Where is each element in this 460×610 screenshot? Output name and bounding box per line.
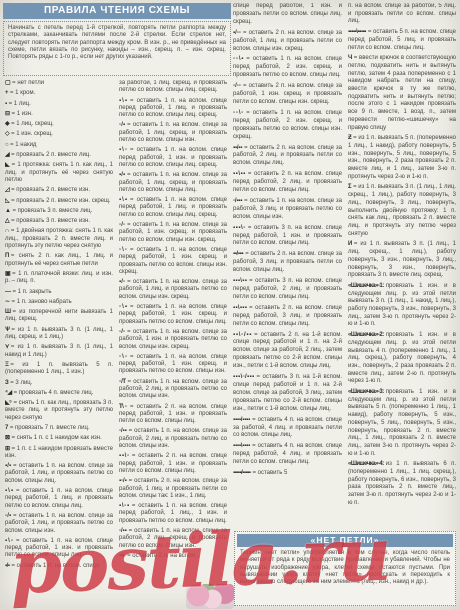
legend-item-text: = 1 двойная протяжка: снять 1 п. как лиц… <box>5 228 113 249</box>
legend-item: ▪\▪= оставить 1 п. на вспом. спице перед… <box>119 197 227 219</box>
stitch-symbol: ▪▪▪\▪▪ <box>233 278 247 284</box>
stitch-symbol: ▪\▪ <box>119 98 128 104</box>
stitch-symbol: Ѱ <box>5 327 9 333</box>
stitch-symbol: ◣⁵ <box>5 400 11 406</box>
legend-item: ▫/▫▫= оставить 2 п. на вспом. спице за р… <box>233 83 342 107</box>
stitch-symbol: ▪\▫ <box>119 147 128 153</box>
legend-item-text: = оставить 2 п. на вспом. спице перед ра… <box>119 453 227 474</box>
stitch-symbol: ▪\▫▪ <box>119 503 130 509</box>
intro-box: Начинать с петель перед 1-й стрелкой, по… <box>3 21 231 76</box>
legend-item: ▪▪▪\▫/▪▪▪= оставить 3 п. на 1-й вспом. с… <box>233 374 342 414</box>
legend-item: Ш= из поперечной нити вывязать 1 лиц. ск… <box>5 309 113 324</box>
stitch-symbol: ▪\▪ <box>119 197 128 203</box>
legend-item: ▫\▪= оставить 1 п. на вспом. спице перед… <box>119 304 227 326</box>
stitch-symbol: ▪▪▪▪\▪▪▪▪ <box>233 443 250 449</box>
legend-item: ◇= 1 изн. скрещ. <box>5 131 113 138</box>
stitch-symbol: П <box>5 253 9 259</box>
legend-item-text: = оставить 1 п. на вспом. спице перед ра… <box>119 197 227 218</box>
legend-item: ▪/▪= оставить 1 п. на вспом. спице <box>5 563 113 570</box>
stitch-symbol: «Шишечка»-4: <box>348 461 384 467</box>
stitch-symbol: + <box>5 90 8 96</box>
stitch-symbol: ▪▪\▫ <box>119 553 125 559</box>
legend-item: ▫/▫= оставить 1 п. на вспом. спице за ра… <box>119 329 227 351</box>
legend-item: ▪▪▪▪/▪▪▪▪= оставить 4 п. на вспом. спице… <box>233 417 342 441</box>
legend-item: ▫/▪= оставить 1 п. на вспом. спице за ра… <box>119 122 227 144</box>
stitch-symbol: ⊠ <box>5 435 10 441</box>
stitch-symbol: ⁴◢ <box>5 390 12 396</box>
legend-item: ▫▫\▫= оставить 1 п. на вспом. спице пере… <box>233 110 342 142</box>
legend-item: Ч= ввести крючок в соответствующую петлю… <box>348 55 456 132</box>
stitch-symbol: ◺ <box>5 198 9 204</box>
legend-item-text: = оставить 1 п. на вспом. спице за работ… <box>119 528 227 549</box>
legend-column-3: спице перед работой, 1 изн. и провязать … <box>233 3 342 528</box>
legend-item-text: = 1 п. заново набрать <box>12 299 72 305</box>
stitch-symbol: ▪/▫▫ <box>233 30 241 36</box>
legend-item-text: = оставить 2 п. на вспом. спице за работ… <box>233 30 342 52</box>
stitch-symbol: З <box>5 380 8 386</box>
legend-item-text: провязать 1 изн. и в следующем лиц. р. и… <box>348 283 456 328</box>
legend-item-text: = 1 изн. <box>12 111 33 117</box>
stitch-symbol: ▪▪\▫ <box>119 453 130 459</box>
legend-item: ▪▪\▪▪▪= оставить 2 п. на вспом. спице пе… <box>233 305 342 329</box>
legend-item: И= из 1 п. вывязать 3 п. (1 лиц., 1 лиц.… <box>348 241 456 280</box>
legend-item: ▪/▫= оставить 1 п. на вспом. спице за ра… <box>119 279 227 301</box>
legend-item: ▪▪▪▪\▪▪▪▪= оставить 4 п. на вспом. спице… <box>233 443 342 467</box>
legend-item: ▪\▫= оставить 1 п. на вспом. спице перед… <box>119 147 227 169</box>
stitch-symbol: «Шишечка»-2: <box>348 332 384 338</box>
stitch-symbol: ▪▪\▪▪▪ <box>233 305 247 311</box>
legend-item: ▫\▫= оставить 1 п. на вспом. спице перед… <box>119 354 227 376</box>
legend-item: ⊠= снять 1 п. с 1 накидом как изн. <box>5 435 113 442</box>
stitch-symbol: ▫/▫ <box>119 222 125 228</box>
legend-column-4: п. на вспом. спице за работой, 5 лиц. и … <box>348 3 456 528</box>
legend-item: ▪▪▪▪▪/▪▪▪▪▪= оставить 5 <box>233 470 342 478</box>
stitch-symbol: ∩ <box>5 228 9 234</box>
legend-item: Ѱ= из 1 п. вывязать 3 п. (1 лиц., 1 лиц.… <box>5 327 113 342</box>
legend-item-text: = из 1 п. вывязать 3 п. (1 лиц., 1 лиц. … <box>5 327 113 340</box>
stitch-symbol: ▪/▫ <box>119 279 125 285</box>
legend-item: 7= провязать 7 п. вместе лиц. <box>5 425 113 432</box>
stitch-symbol: ▫\▪ <box>119 304 128 310</box>
legend-item: ▪/▫▫= оставить 2 п. на вспом. спице за р… <box>233 30 342 54</box>
stitch-symbol: ◿ <box>5 187 9 193</box>
legend-item-text: за работой, 1 лиц. скрещ. и провязать пе… <box>119 80 227 93</box>
stitch-symbol: Σ <box>348 184 351 190</box>
legend-item-text: = провязать 2 п. вместе лиц. <box>11 152 91 158</box>
legend-column-2: за работой, 1 лиц. скрещ. и провязать пе… <box>119 80 227 607</box>
legend-item: ▪▪\▪▪= оставить 2 п. на вспом. спице пер… <box>233 171 342 195</box>
legend-item: Т\▫= оставить 2 п. на вспом. спице перед… <box>119 404 227 426</box>
legend-item-text: = оставить 1 п. на вспом. спице за работ… <box>233 198 342 220</box>
legend-item-text: = снять 1 п. с 1 накидом как изн. <box>12 435 102 441</box>
legend-item: ▪▪\▫= оставить 2 п. на вспом. <box>119 553 227 560</box>
legend-item: ▫/▪▪= оставить 1 п. на вспом. спице за р… <box>119 528 227 550</box>
stitch-symbol: И <box>348 241 352 247</box>
legend-item-text: = оставить 2 п. на вспом. <box>127 553 197 559</box>
legend-item-text: = 1 протяжка: снять 1 п. как лиц., 1 лиц… <box>5 162 113 183</box>
legend-item: ◢= провязать 2 п. вместе лиц. <box>5 152 113 159</box>
stitch-symbol: ▪/▪ <box>5 563 9 569</box>
legend-item: ▫/▪▪= оставить 1 п. на вспом. спице за р… <box>119 428 227 450</box>
stitch-symbol: ▫/▪▪ <box>119 528 127 534</box>
legend-item-text: = снять 1 п. как лиц., провязать 3 п. вм… <box>5 400 113 421</box>
legend-item: ⁴◢= провязать 4 п. вместе лиц. <box>5 390 113 397</box>
page-title: ПРАВИЛА ЧТЕНИЯ СХЕМЫ <box>3 3 231 19</box>
stitch-symbol: ▫/▪ <box>5 513 11 519</box>
stitch-symbol: Ч <box>348 55 352 61</box>
legend-item: п. на вспом. спице за работой, 5 лиц. и … <box>348 3 456 26</box>
legend-item-text: = оставить 1 п. на вспом. спице перед ра… <box>5 538 113 559</box>
legend-item: ▪\▪= оставить 1 п. на вспом. спице перед… <box>119 98 227 120</box>
stitch-symbol: ▫/Т <box>119 379 126 385</box>
stitch-symbol: ▪▪▪\▫/▪▪▪ <box>233 374 254 380</box>
legend-item-text: = провязать 3 п. вместе лиц. <box>12 208 92 214</box>
legend-item: ◺= провязать 2 п. вместе изн. скрещ. <box>5 198 113 205</box>
legend-item-text: = оставить 1 п. на вспом. спице за работ… <box>119 222 227 243</box>
legend-item: ○= 1 накид <box>5 142 113 149</box>
legend-item-text: = оставить 1 п. на вспом. спице за работ… <box>119 379 227 400</box>
legend-item-text: = из 1 п. вывязать 3 п. (1 лиц., 1 лиц. … <box>348 241 456 278</box>
stitch-symbol: ⋎ <box>5 344 9 350</box>
legend-item-text: = оставить 1 п. на вспом. спице за работ… <box>119 122 227 143</box>
stitch-symbol: ▲ <box>5 208 10 214</box>
legend-item-text: = оставить 1 п. на вспом. спице перед ра… <box>233 56 342 78</box>
legend-item-text: = 1 накид <box>10 142 36 148</box>
stitch-symbol: ◆ <box>5 121 9 127</box>
legend-item: ▪= 1 лиц. <box>5 101 113 108</box>
legend-item: Ξ= из 1 п. вывязать 5 п. (попеременно 1 … <box>5 362 113 377</box>
legend-item: ⊞= 1 п. с 1 накидом провязать вместе изн… <box>5 446 113 461</box>
legend-item: за работой, 1 лиц. скрещ. и провязать пе… <box>119 80 227 95</box>
stitch-symbol: ▫/▪▪▪ <box>233 198 242 204</box>
legend-item: Ƶ= из 1 п. вывязать 5 п. (попеременно 1 … <box>348 135 456 181</box>
legend-item: Σ= из 1 п. вывязать 3 п. (1 лиц., 1 лиц.… <box>348 184 456 238</box>
stitch-symbol: ▪ <box>5 101 7 107</box>
legend-item: П= снять 2 п. как лиц., 1 лиц. и протяну… <box>5 253 113 268</box>
legend-item-text: провязать 1 изн. и в следующем лиц. р. и… <box>348 389 456 457</box>
stitch-symbol: ▪▪▪\▫ <box>233 225 246 231</box>
legend-item-text: = оставить 3 п. на вспом. спице перед ра… <box>233 225 342 247</box>
stitch-symbol: «Шишечка»-1: <box>348 283 384 289</box>
stitch-symbol: ▪▪/▪▪▪ <box>233 251 243 257</box>
stitch-symbol: ◇ <box>5 131 9 137</box>
legend-item: ◣⁵= снять 1 п. как лиц., провязать 3 п. … <box>5 400 113 422</box>
legend-item: ⊟= 1 изн. <box>5 111 113 118</box>
legend-item: ◿= провязать 2 п. вместе изн. <box>5 187 113 194</box>
stitch-symbol: Т\▫ <box>119 404 128 410</box>
legend-item-text: = провязать 3 п. вместе изн. <box>11 218 90 224</box>
stitch-symbol: ▣ <box>5 271 10 277</box>
legend-item: ▣= 1 п. платочной вязки: лиц. и изн. р. … <box>5 271 113 286</box>
legend-item: спице перед работой, 1 изн. и провязать … <box>233 3 342 27</box>
stitch-symbol: ▫\▫ <box>119 247 128 253</box>
legend-item-text: = оставить 1 п. на вспом. спице за работ… <box>5 463 113 484</box>
legend-item-text: = ввести крючок в соответствующую петлю,… <box>348 55 456 130</box>
stitch-symbol: ▪▫/▪ <box>119 478 127 484</box>
legend-item-text: = оставить 1 п. на вспом. спице перед ра… <box>233 110 342 140</box>
legend-item: ∩= 1 двойная протяжка: снять 1 п. как ли… <box>5 228 113 250</box>
legend-item: ▪▫/▪= оставить 2 п. на вспом. спице за р… <box>119 478 227 500</box>
stitch-symbol: ▢ <box>5 80 10 86</box>
stitch-symbol: ▫▫\▫ <box>233 110 244 116</box>
legend-item-text: = 1 лиц. <box>9 101 31 107</box>
stitch-symbol: ▪▪\▪▪ <box>233 171 246 177</box>
legend-item-text: = 1 п. закрыть <box>13 289 52 295</box>
legend-item: ▫\▫= оставить 1 п. на вспом. спице перед… <box>119 247 227 276</box>
legend-item: ▫▫\▪= оставить 1 п. на вспом. спице пере… <box>233 56 342 80</box>
legend-item-text: = снять 2 п. как лиц., 1 лиц. и протянут… <box>5 253 113 266</box>
legend-item: ⋎= из 1 п. вывязать 3 п. (1 лиц., 1 наки… <box>5 344 113 359</box>
legend-item-text: = оставить 2 п. на вспом. спице за работ… <box>233 251 342 273</box>
legend-item-text: = нет петли <box>12 80 44 86</box>
stitch-symbol: Ξ <box>5 362 8 368</box>
stitch-symbol: ▫/▫ <box>119 329 125 335</box>
stitch-symbol: ▫/▫▫ <box>233 83 241 89</box>
stitch-symbol: △ <box>5 218 9 224</box>
legend-item: ▪▪/▪▪▪= оставить 2 п. на вспом. спице за… <box>233 251 342 275</box>
legend-item-text: = из 1 п. вывязать 3 п. (1 лиц., 1 лиц. … <box>348 184 456 236</box>
legend-item: ▪\▪= оставить 1 п. на вспом. спице перед… <box>5 488 113 510</box>
legend-item: —= 1 п. закрыть <box>5 289 113 296</box>
legend-item-text: = провязать 2 п. вместе изн. скрещ. <box>11 198 110 204</box>
legend-item: ◣= 1 протяжка: снять 1 п. как лиц., 1 ли… <box>5 162 113 184</box>
stitch-symbol: ▪▪▪▪▪/▪▪▪▪▪ <box>233 470 250 476</box>
legend-item-text: = оставить 1 п. на вспом. спице <box>11 563 99 569</box>
legend-item: «Шишечка»-4:из 1 п. вывязать 6 п. (попер… <box>348 461 456 507</box>
legend-item: ▪\▫▪= оставить 1 п. на вспом. спице пере… <box>119 503 227 525</box>
stitch-symbol: ▪\▪ <box>5 488 14 494</box>
legend-item: ▪▪▪\▪▪= оставить 3 п. на вспом. спице пе… <box>233 278 342 302</box>
legend-item: ▲= провязать 3 п. вместе лиц. <box>5 208 113 215</box>
legend-item: ▪▪/▪▪= оставить 2 п. на вспом. спице за … <box>233 145 342 169</box>
legend-item-text: = оставить 1 п. на вспом. спице перед ра… <box>119 304 227 325</box>
stitch-symbol: ▪▪▪▪/▪▪▪▪ <box>233 417 250 423</box>
legend-item: ▪▪\▫= оставить 2 п. на вспом. спице пере… <box>119 453 227 475</box>
legend-item-text: = оставить 2 п. на вспом. спице за работ… <box>233 145 342 167</box>
legend-item: ▫/Т= оставить 1 п. на вспом. спице за ра… <box>119 379 227 401</box>
no-stitch-title: «НЕТ ПЕТЛИ» <box>237 534 453 547</box>
legend-item-text: = из поперечной нити вывязать 1 лиц. скр… <box>5 309 113 322</box>
legend-item: ∼= 1 п. заново набрать <box>5 299 113 306</box>
legend-item-text: = из 1 п. вывязать 3 п. (1 лиц., 1 накид… <box>5 344 113 357</box>
legend-item-text: = оставить 1 п. на вспом. спице перед ра… <box>119 503 227 524</box>
legend-item: «Шишечка»-2:провязать 1 изн. и в следующ… <box>348 332 456 386</box>
no-stitch-box: «НЕТ ПЕТЛИ» Термин «нет петли» употребля… <box>234 531 456 606</box>
legend-item: ▢= нет петли <box>5 80 113 87</box>
stitch-symbol: Ш <box>5 309 11 315</box>
stitch-symbol: «Шишечка»-3: <box>348 389 384 395</box>
legend-item-text: п. на вспом. спице за работой, 5 лиц. и … <box>348 3 456 24</box>
no-stitch-text: Термин «нет петли» употребляется в том с… <box>237 547 453 586</box>
legend-item-text: = оставить 1 п. на вспом. спице перед ра… <box>119 98 227 119</box>
legend-item: З= 3 лиц. <box>5 380 113 387</box>
legend-item-text: = оставить 1 п. на вспом. спице за работ… <box>119 172 227 193</box>
legend-item-text: = оставить 1 п. на вспом. спице перед ра… <box>119 354 227 375</box>
legend-item-text: = оставить 1 п. на вспом. спице за работ… <box>119 428 227 449</box>
legend-item-text: = 1 кром. <box>10 90 35 96</box>
stitch-symbol: ▪▪/▪▪ <box>233 145 242 151</box>
stitch-symbol: 7 <box>5 425 8 431</box>
legend-item-text: из 1 п. вывязать 6 п. (попеременно 1 лиц… <box>348 461 456 506</box>
legend-item-text: = оставить 2 п. на вспом. спице за работ… <box>233 83 342 105</box>
legend-item-text: = из 1 п. вывязать 5 п. (попеременно 1 л… <box>5 362 113 375</box>
legend-item-text: = оставить 2 п. на вспом. спице перед ра… <box>119 404 227 425</box>
legend-item: «Шишечка»-1:провязать 1 изн. и в следующ… <box>348 283 456 329</box>
stitch-symbol: ▪\▫ <box>5 538 14 544</box>
legend-item-text: = провязать 7 п. вместе лиц. <box>10 425 90 431</box>
legend-item-text: = оставить 1 п. на вспом. спице перед ра… <box>119 247 227 275</box>
stitch-symbol: ⊞ <box>5 446 10 452</box>
legend-item-text: = 1 п. с 1 накидом провязать вместе изн. <box>5 446 113 459</box>
legend-item-text: = оставить 1 п. на вспом. спице за работ… <box>119 279 227 300</box>
legend-item: ▪▪\▫/▪▪= оставить 2 п. на 1-й вспом. спи… <box>233 332 342 372</box>
legend-item-text: = оставить 2 п. на вспом. спице перед ра… <box>233 305 342 327</box>
legend-item-text: = оставить 1 п. на вспом. спице перед ра… <box>5 488 113 509</box>
legend-item-text: = провязать 4 п. вместе лиц. <box>14 390 94 396</box>
stitch-symbol: — <box>5 289 11 295</box>
legend-item-text: = из 1 п. вывязать 5 п. (попеременно 1 л… <box>348 135 456 180</box>
stitch-symbol: ◣ <box>5 162 10 168</box>
legend-item: △= провязать 3 п. вместе изн. <box>5 218 113 225</box>
legend-item-text: = 1 лиц. скрещ. <box>11 121 54 127</box>
legend-item-text: = оставить 3 п. на вспом. спице перед ра… <box>233 278 342 300</box>
legend-item-text: = 3 лиц. <box>10 380 32 386</box>
legend-item: ▪/▪= оставить 1 п. на вспом. спице за ра… <box>119 172 227 194</box>
legend-item: «Шишечка»-3:провязать 1 изн. и в следующ… <box>348 389 456 458</box>
legend-column-1: ▢= нет петли += 1 кром. ▪= 1 лиц. ⊟= 1 и… <box>5 80 113 607</box>
legend-item: ◆= 1 лиц. скрещ. <box>5 121 113 128</box>
legend-item: += 1 кром. <box>5 90 113 97</box>
stitch-symbol: ▪/▪ <box>119 172 125 178</box>
legend-item: ▫/▫= оставить 1 п. на вспом. спице за ра… <box>119 222 227 244</box>
legend-item-text: провязать 1 изн. и в следующем лиц. р. и… <box>348 332 456 384</box>
intro-text: Начинать с петель перед 1-й стрелкой, по… <box>8 25 226 60</box>
legend-item-text: = оставить 2 п. на вспом. спице перед ра… <box>233 171 342 193</box>
stitch-symbol: ▪/▪ <box>5 463 11 469</box>
stitch-symbol: ▫\▫ <box>119 354 128 360</box>
legend-item: ▪▪▪▪▪\▪▪▪▪▪= оставить 5 п. на вспом. спи… <box>348 29 456 52</box>
stitch-symbol: ▫/▪▪ <box>119 428 127 434</box>
stitch-symbol: ▫▫\▪ <box>233 56 244 62</box>
legend-item-text: = провязать 2 п. вместе изн. <box>11 187 90 193</box>
stitch-symbol: ◢ <box>5 152 9 158</box>
legend-item-text: = 1 п. платочной вязки: лиц. и изн. р. –… <box>5 271 113 284</box>
legend-item: ▫/▪▪▪= оставить 1 п. на вспом. спице за … <box>233 198 342 222</box>
legend-item-text: спице перед работой, 1 изн. и провязать … <box>233 3 342 25</box>
scanned-knitting-legend-page: ПРАВИЛА ЧТЕНИЯ СХЕМЫ Начинать с петель п… <box>0 0 460 610</box>
legend-item: ▪/▪= оставить 1 п. на вспом. спице за ра… <box>5 463 113 485</box>
legend-item: ▫/▪= оставить 1 п. на вспом. спице за ра… <box>5 513 113 535</box>
legend-item: ▪\▫= оставить 1 п. на вспом. спице перед… <box>5 538 113 560</box>
legend-item-text: = оставить 1 п. на вспом. спице за работ… <box>119 329 227 350</box>
legend-item-text: = 1 изн. скрещ. <box>11 131 53 137</box>
flower-photo <box>186 584 234 609</box>
stitch-symbol: ⊟ <box>5 111 10 117</box>
legend-item-text: = оставить 1 п. на вспом. спице за работ… <box>5 513 113 534</box>
stitch-symbol: Ƶ <box>348 135 351 141</box>
legend-item: ▪▪▪\▫= оставить 3 п. на вспом. спице пер… <box>233 225 342 249</box>
stitch-symbol: ▪▪\▫/▪▪ <box>233 332 252 338</box>
stitch-symbol: ▫/▪ <box>119 122 125 128</box>
legend-item-text: = оставить 2 п. на вспом. спице за работ… <box>119 478 227 499</box>
legend-item-text: = оставить 1 п. на вспом. спице перед ра… <box>119 147 227 168</box>
legend-item-text: = оставить 5 <box>252 470 287 476</box>
stitch-symbol: ∼ <box>5 299 10 305</box>
stitch-symbol: ▪▪▪▪▪\▪▪▪▪▪ <box>348 29 366 35</box>
stitch-symbol: ○ <box>5 142 8 148</box>
